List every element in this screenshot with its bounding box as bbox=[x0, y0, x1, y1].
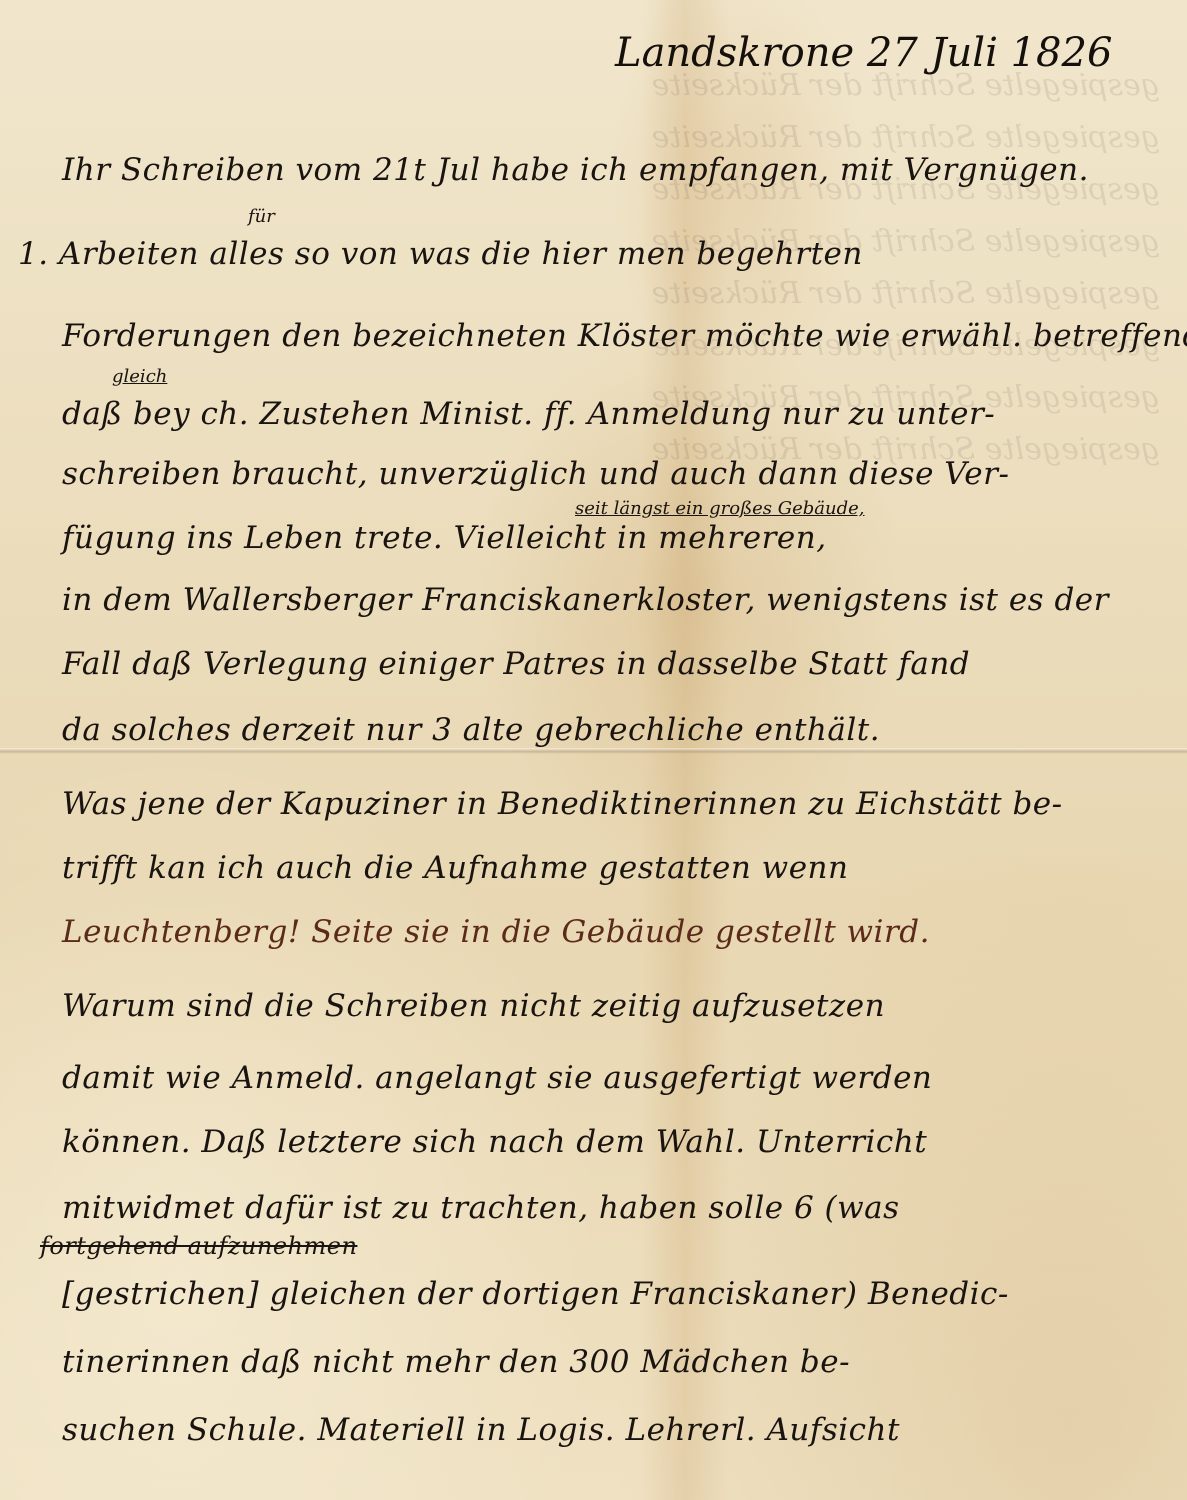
letter-line-8: Fall daß Verlegung einiger Patres in das… bbox=[62, 646, 970, 682]
letter-line-18: [gestrichen] gleichen der dortigen Franc… bbox=[62, 1276, 1009, 1312]
letter-line-17-struck: fortgehend aufzunehmen bbox=[40, 1232, 357, 1260]
letter-line-13: Warum sind die Schreiben nicht zeitig au… bbox=[62, 988, 885, 1024]
letter-line-2: 1. Arbeiten alles so von was die hier me… bbox=[18, 236, 863, 272]
letter-line-12: Leuchtenberg! Seite sie in die Gebäude g… bbox=[62, 914, 930, 950]
letter-line-20: suchen Schule. Materiell in Logis. Lehre… bbox=[62, 1412, 900, 1448]
letter-line-6: fügung ins Leben trete. Vielleicht in me… bbox=[62, 520, 827, 556]
letter-line-7: in dem Wallersberger Franciskanerkloster… bbox=[62, 582, 1109, 618]
letter-line-14: damit wie Anmeld. angelangt sie ausgefer… bbox=[62, 1060, 932, 1096]
letter-line-11: trifft kan ich auch die Aufnahme gestatt… bbox=[62, 850, 848, 886]
letter-line-5: schreiben braucht, unverzüglich und auch… bbox=[62, 456, 1009, 492]
letter-line-4: daß bey ch. Zustehen Minist. ff. Anmeldu… bbox=[62, 396, 995, 432]
letter-line-1: Ihr Schreiben vom 21t Jul habe ich empfa… bbox=[62, 152, 1089, 188]
insertion-fuer: für bbox=[248, 206, 275, 227]
letter-page: gespiegelte Schrift der Rückseite gespie… bbox=[0, 0, 1187, 1500]
letter-line-16: mitwidmet dafür ist zu trachten, haben s… bbox=[62, 1190, 900, 1226]
letter-line-19: tinerinnen daß nicht mehr den 300 Mädche… bbox=[62, 1344, 850, 1380]
fold-crease bbox=[0, 748, 1187, 754]
letter-line-10: Was jene der Kapuziner in Benediktinerin… bbox=[62, 786, 1063, 822]
insertion-gleich: gleich bbox=[112, 366, 167, 387]
dateline: Landskrone 27 Juli 1826 bbox=[615, 30, 1112, 76]
letter-line-9: da solches derzeit nur 3 alte gebrechlic… bbox=[62, 712, 880, 748]
letter-line-15: können. Daß letztere sich nach dem Wahl.… bbox=[62, 1124, 927, 1160]
insertion-gebaeude: seit längst ein großes Gebäude, bbox=[575, 498, 865, 519]
letter-line-3: Forderungen den bezeichneten Klöster möc… bbox=[62, 318, 1187, 354]
